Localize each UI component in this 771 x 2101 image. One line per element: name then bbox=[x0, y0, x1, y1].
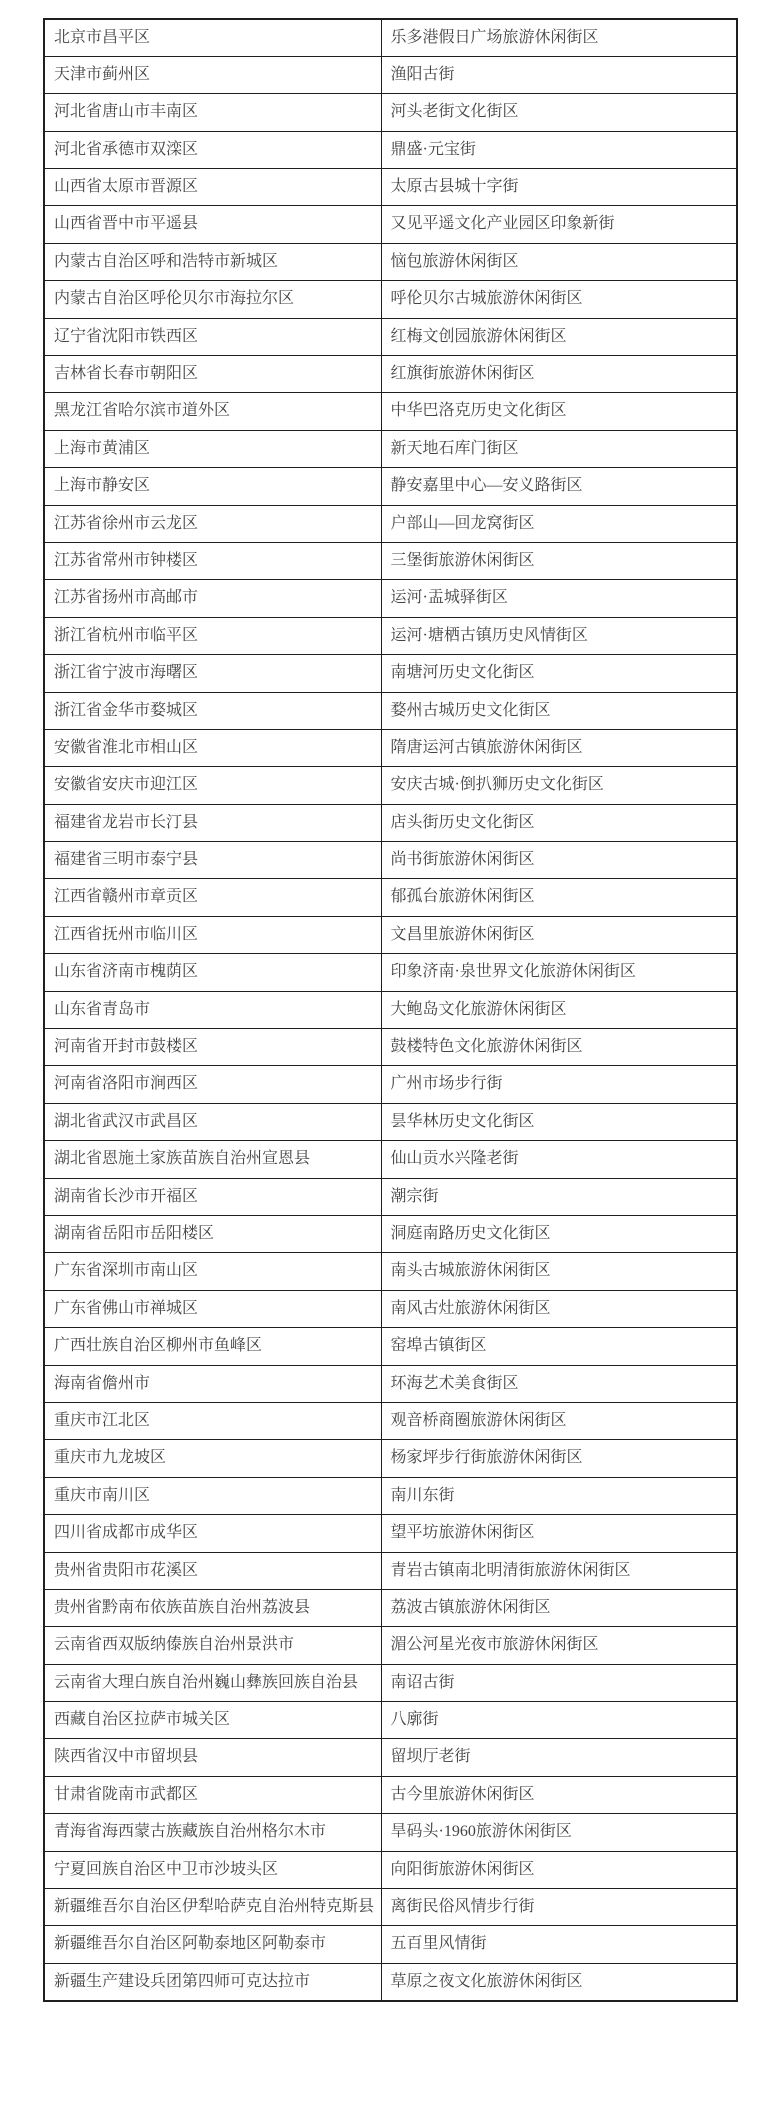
table-row: 四川省成都市成华区望平坊旅游休闲街区 bbox=[44, 1515, 737, 1552]
region-cell: 广东省佛山市禅城区 bbox=[44, 1290, 381, 1327]
region-cell: 江西省抚州市临川区 bbox=[44, 916, 381, 953]
table-row: 河北省唐山市丰南区河头老街文化街区 bbox=[44, 94, 737, 131]
region-cell: 湖北省武汉市武昌区 bbox=[44, 1103, 381, 1140]
street-cell: 婺州古城历史文化街区 bbox=[381, 692, 737, 729]
street-cell: 中华巴洛克历史文化街区 bbox=[381, 393, 737, 430]
street-cell: 窑埠古镇街区 bbox=[381, 1328, 737, 1365]
table-row: 湖南省岳阳市岳阳楼区洞庭南路历史文化街区 bbox=[44, 1216, 737, 1253]
region-cell: 重庆市江北区 bbox=[44, 1402, 381, 1439]
street-cell: 古今里旅游休闲街区 bbox=[381, 1776, 737, 1813]
street-cell: 新天地石库门街区 bbox=[381, 430, 737, 467]
region-cell: 新疆维吾尔自治区阿勒泰地区阿勒泰市 bbox=[44, 1926, 381, 1963]
region-cell: 陕西省汉中市留坝县 bbox=[44, 1739, 381, 1776]
region-cell: 河南省开封市鼓楼区 bbox=[44, 1029, 381, 1066]
region-cell: 内蒙古自治区呼伦贝尔市海拉尔区 bbox=[44, 281, 381, 318]
region-cell: 安徽省安庆市迎江区 bbox=[44, 767, 381, 804]
region-cell: 四川省成都市成华区 bbox=[44, 1515, 381, 1552]
region-cell: 江苏省徐州市云龙区 bbox=[44, 505, 381, 542]
street-cell: 广州市场步行街 bbox=[381, 1066, 737, 1103]
table-row: 内蒙古自治区呼和浩特市新城区恼包旅游休闲街区 bbox=[44, 243, 737, 280]
table-row: 浙江省宁波市海曙区南塘河历史文化街区 bbox=[44, 655, 737, 692]
street-cell: 文昌里旅游休闲街区 bbox=[381, 916, 737, 953]
table-row: 新疆维吾尔自治区伊犁哈萨克自治州特克斯县离街民俗风情步行街 bbox=[44, 1889, 737, 1926]
table-row: 内蒙古自治区呼伦贝尔市海拉尔区呼伦贝尔古城旅游休闲街区 bbox=[44, 281, 737, 318]
table-row: 陕西省汉中市留坝县留坝厅老街 bbox=[44, 1739, 737, 1776]
street-cell: 观音桥商圈旅游休闲街区 bbox=[381, 1402, 737, 1439]
street-cell: 向阳街旅游休闲街区 bbox=[381, 1851, 737, 1888]
table-row: 重庆市九龙坡区杨家坪步行街旅游休闲街区 bbox=[44, 1440, 737, 1477]
region-cell: 上海市黄浦区 bbox=[44, 430, 381, 467]
street-cell: 鼎盛·元宝街 bbox=[381, 131, 737, 168]
street-cell: 离街民俗风情步行街 bbox=[381, 1889, 737, 1926]
table-row: 江苏省扬州市高邮市运河·盂城驿街区 bbox=[44, 580, 737, 617]
street-cell: 南塘河历史文化街区 bbox=[381, 655, 737, 692]
street-cell: 隋唐运河古镇旅游休闲街区 bbox=[381, 729, 737, 766]
street-cell: 红旗街旅游休闲街区 bbox=[381, 356, 737, 393]
table-row: 湖北省武汉市武昌区昙华林历史文化街区 bbox=[44, 1103, 737, 1140]
street-cell: 南风古灶旅游休闲街区 bbox=[381, 1290, 737, 1327]
table-row: 河北省承德市双滦区鼎盛·元宝街 bbox=[44, 131, 737, 168]
region-cell: 云南省大理白族自治州巍山彝族回族自治县 bbox=[44, 1664, 381, 1701]
region-cell: 广西壮族自治区柳州市鱼峰区 bbox=[44, 1328, 381, 1365]
street-cell: 河头老街文化街区 bbox=[381, 94, 737, 131]
region-cell: 上海市静安区 bbox=[44, 468, 381, 505]
region-cell: 河北省承德市双滦区 bbox=[44, 131, 381, 168]
region-cell: 云南省西双版纳傣族自治州景洪市 bbox=[44, 1627, 381, 1664]
table-row: 上海市静安区静安嘉里中心—安义路街区 bbox=[44, 468, 737, 505]
region-cell: 湖北省恩施土家族苗族自治州宣恩县 bbox=[44, 1141, 381, 1178]
region-cell: 湖南省岳阳市岳阳楼区 bbox=[44, 1216, 381, 1253]
table-row: 江苏省常州市钟楼区三堡街旅游休闲街区 bbox=[44, 542, 737, 579]
table-row: 山西省晋中市平遥县又见平遥文化产业园区印象新街 bbox=[44, 206, 737, 243]
table-row: 安徽省安庆市迎江区安庆古城·倒扒狮历史文化街区 bbox=[44, 767, 737, 804]
table-row: 安徽省淮北市相山区隋唐运河古镇旅游休闲街区 bbox=[44, 729, 737, 766]
table-row: 云南省西双版纳傣族自治州景洪市湄公河星光夜市旅游休闲街区 bbox=[44, 1627, 737, 1664]
region-cell: 广东省深圳市南山区 bbox=[44, 1253, 381, 1290]
region-cell: 青海省海西蒙古族藏族自治州格尔木市 bbox=[44, 1814, 381, 1851]
street-cell: 南川东街 bbox=[381, 1477, 737, 1514]
region-cell: 河北省唐山市丰南区 bbox=[44, 94, 381, 131]
table-row: 甘肃省陇南市武都区古今里旅游休闲街区 bbox=[44, 1776, 737, 1813]
street-cell: 望平坊旅游休闲街区 bbox=[381, 1515, 737, 1552]
region-cell: 内蒙古自治区呼和浩特市新城区 bbox=[44, 243, 381, 280]
region-cell: 浙江省宁波市海曙区 bbox=[44, 655, 381, 692]
street-cell: 户部山—回龙窝街区 bbox=[381, 505, 737, 542]
region-cell: 山东省济南市槐荫区 bbox=[44, 954, 381, 991]
region-cell: 山东省青岛市 bbox=[44, 991, 381, 1028]
region-cell: 江苏省常州市钟楼区 bbox=[44, 542, 381, 579]
table-row: 贵州省黔南布依族苗族自治州荔波县荔波古镇旅游休闲街区 bbox=[44, 1589, 737, 1626]
region-cell: 江西省赣州市章贡区 bbox=[44, 879, 381, 916]
region-cell: 西藏自治区拉萨市城关区 bbox=[44, 1702, 381, 1739]
street-cell: 印象济南·泉世界文化旅游休闲街区 bbox=[381, 954, 737, 991]
region-cell: 黑龙江省哈尔滨市道外区 bbox=[44, 393, 381, 430]
street-cell: 红梅文创园旅游休闲街区 bbox=[381, 318, 737, 355]
street-cell: 安庆古城·倒扒狮历史文化街区 bbox=[381, 767, 737, 804]
street-cell: 仙山贡水兴隆老街 bbox=[381, 1141, 737, 1178]
table-row: 江西省赣州市章贡区郁孤台旅游休闲街区 bbox=[44, 879, 737, 916]
region-cell: 吉林省长春市朝阳区 bbox=[44, 356, 381, 393]
region-cell: 福建省三明市泰宁县 bbox=[44, 842, 381, 879]
street-cell: 鼓楼特色文化旅游休闲街区 bbox=[381, 1029, 737, 1066]
table-row: 广东省深圳市南山区南头古城旅游休闲街区 bbox=[44, 1253, 737, 1290]
street-cell: 三堡街旅游休闲街区 bbox=[381, 542, 737, 579]
street-cell: 运河·塘栖古镇历史风情街区 bbox=[381, 617, 737, 654]
region-cell: 天津市蓟州区 bbox=[44, 56, 381, 93]
street-cell: 洞庭南路历史文化街区 bbox=[381, 1216, 737, 1253]
street-cell: 荔波古镇旅游休闲街区 bbox=[381, 1589, 737, 1626]
region-cell: 河南省洛阳市涧西区 bbox=[44, 1066, 381, 1103]
table-row: 浙江省杭州市临平区运河·塘栖古镇历史风情街区 bbox=[44, 617, 737, 654]
table-row: 黑龙江省哈尔滨市道外区中华巴洛克历史文化街区 bbox=[44, 393, 737, 430]
region-cell: 山西省太原市晋源区 bbox=[44, 169, 381, 206]
region-cell: 新疆生产建设兵团第四师可克达拉市 bbox=[44, 1963, 381, 2000]
table-row: 山西省太原市晋源区太原古县城十字街 bbox=[44, 169, 737, 206]
table-row: 辽宁省沈阳市铁西区红梅文创园旅游休闲街区 bbox=[44, 318, 737, 355]
street-cell: 尚书街旅游休闲街区 bbox=[381, 842, 737, 879]
street-cell: 环海艺术美食街区 bbox=[381, 1365, 737, 1402]
table-row: 西藏自治区拉萨市城关区八廓街 bbox=[44, 1702, 737, 1739]
region-cell: 贵州省贵阳市花溪区 bbox=[44, 1552, 381, 1589]
region-cell: 重庆市南川区 bbox=[44, 1477, 381, 1514]
table-row: 江苏省徐州市云龙区户部山—回龙窝街区 bbox=[44, 505, 737, 542]
table-row: 云南省大理白族自治州巍山彝族回族自治县南诏古街 bbox=[44, 1664, 737, 1701]
region-cell: 贵州省黔南布依族苗族自治州荔波县 bbox=[44, 1589, 381, 1626]
street-cell: 旱码头·1960旅游休闲街区 bbox=[381, 1814, 737, 1851]
street-cell: 杨家坪步行街旅游休闲街区 bbox=[381, 1440, 737, 1477]
street-cell: 南诏古街 bbox=[381, 1664, 737, 1701]
street-cell: 郁孤台旅游休闲街区 bbox=[381, 879, 737, 916]
table-row: 江西省抚州市临川区文昌里旅游休闲街区 bbox=[44, 916, 737, 953]
street-cell: 渔阳古街 bbox=[381, 56, 737, 93]
region-cell: 宁夏回族自治区中卫市沙坡头区 bbox=[44, 1851, 381, 1888]
street-cell: 店头街历史文化街区 bbox=[381, 804, 737, 841]
table-row: 宁夏回族自治区中卫市沙坡头区向阳街旅游休闲街区 bbox=[44, 1851, 737, 1888]
tourism-streets-table: 北京市昌平区乐多港假日广场旅游休闲街区天津市蓟州区渔阳古街河北省唐山市丰南区河头… bbox=[43, 18, 738, 2002]
street-cell: 又见平遥文化产业园区印象新街 bbox=[381, 206, 737, 243]
street-cell: 乐多港假日广场旅游休闲街区 bbox=[381, 19, 737, 56]
street-cell: 青岩古镇南北明清街旅游休闲街区 bbox=[381, 1552, 737, 1589]
street-cell: 草原之夜文化旅游休闲街区 bbox=[381, 1963, 737, 2000]
region-cell: 湖南省长沙市开福区 bbox=[44, 1178, 381, 1215]
street-cell: 南头古城旅游休闲街区 bbox=[381, 1253, 737, 1290]
region-cell: 北京市昌平区 bbox=[44, 19, 381, 56]
street-cell: 恼包旅游休闲街区 bbox=[381, 243, 737, 280]
region-cell: 海南省儋州市 bbox=[44, 1365, 381, 1402]
region-cell: 重庆市九龙坡区 bbox=[44, 1440, 381, 1477]
table-row: 新疆生产建设兵团第四师可克达拉市草原之夜文化旅游休闲街区 bbox=[44, 1963, 737, 2000]
table-row: 河南省开封市鼓楼区鼓楼特色文化旅游休闲街区 bbox=[44, 1029, 737, 1066]
street-cell: 八廓街 bbox=[381, 1702, 737, 1739]
table-row: 重庆市南川区南川东街 bbox=[44, 1477, 737, 1514]
document-body: 北京市昌平区乐多港假日广场旅游休闲街区天津市蓟州区渔阳古街河北省唐山市丰南区河头… bbox=[43, 18, 738, 2002]
region-cell: 福建省龙岩市长汀县 bbox=[44, 804, 381, 841]
tourism-streets-table-body: 北京市昌平区乐多港假日广场旅游休闲街区天津市蓟州区渔阳古街河北省唐山市丰南区河头… bbox=[44, 19, 737, 2001]
table-row: 青海省海西蒙古族藏族自治州格尔木市旱码头·1960旅游休闲街区 bbox=[44, 1814, 737, 1851]
table-row: 湖南省长沙市开福区潮宗街 bbox=[44, 1178, 737, 1215]
table-row: 北京市昌平区乐多港假日广场旅游休闲街区 bbox=[44, 19, 737, 56]
region-cell: 辽宁省沈阳市铁西区 bbox=[44, 318, 381, 355]
region-cell: 江苏省扬州市高邮市 bbox=[44, 580, 381, 617]
table-row: 福建省三明市泰宁县尚书街旅游休闲街区 bbox=[44, 842, 737, 879]
table-row: 山东省青岛市大鲍岛文化旅游休闲街区 bbox=[44, 991, 737, 1028]
street-cell: 潮宗街 bbox=[381, 1178, 737, 1215]
street-cell: 运河·盂城驿街区 bbox=[381, 580, 737, 617]
region-cell: 甘肃省陇南市武都区 bbox=[44, 1776, 381, 1813]
table-row: 湖北省恩施土家族苗族自治州宣恩县仙山贡水兴隆老街 bbox=[44, 1141, 737, 1178]
table-row: 天津市蓟州区渔阳古街 bbox=[44, 56, 737, 93]
table-row: 广东省佛山市禅城区南风古灶旅游休闲街区 bbox=[44, 1290, 737, 1327]
street-cell: 五百里风情街 bbox=[381, 1926, 737, 1963]
table-row: 河南省洛阳市涧西区广州市场步行街 bbox=[44, 1066, 737, 1103]
table-row: 广西壮族自治区柳州市鱼峰区窑埠古镇街区 bbox=[44, 1328, 737, 1365]
table-row: 上海市黄浦区新天地石库门街区 bbox=[44, 430, 737, 467]
street-cell: 呼伦贝尔古城旅游休闲街区 bbox=[381, 281, 737, 318]
street-cell: 静安嘉里中心—安义路街区 bbox=[381, 468, 737, 505]
region-cell: 新疆维吾尔自治区伊犁哈萨克自治州特克斯县 bbox=[44, 1889, 381, 1926]
table-row: 浙江省金华市婺城区婺州古城历史文化街区 bbox=[44, 692, 737, 729]
table-row: 重庆市江北区观音桥商圈旅游休闲街区 bbox=[44, 1402, 737, 1439]
street-cell: 太原古县城十字街 bbox=[381, 169, 737, 206]
street-cell: 大鲍岛文化旅游休闲街区 bbox=[381, 991, 737, 1028]
table-row: 福建省龙岩市长汀县店头街历史文化街区 bbox=[44, 804, 737, 841]
table-row: 吉林省长春市朝阳区红旗街旅游休闲街区 bbox=[44, 356, 737, 393]
region-cell: 浙江省杭州市临平区 bbox=[44, 617, 381, 654]
table-row: 海南省儋州市环海艺术美食街区 bbox=[44, 1365, 737, 1402]
table-row: 新疆维吾尔自治区阿勒泰地区阿勒泰市五百里风情街 bbox=[44, 1926, 737, 1963]
table-row: 贵州省贵阳市花溪区青岩古镇南北明清街旅游休闲街区 bbox=[44, 1552, 737, 1589]
street-cell: 湄公河星光夜市旅游休闲街区 bbox=[381, 1627, 737, 1664]
region-cell: 山西省晋中市平遥县 bbox=[44, 206, 381, 243]
table-row: 山东省济南市槐荫区印象济南·泉世界文化旅游休闲街区 bbox=[44, 954, 737, 991]
region-cell: 浙江省金华市婺城区 bbox=[44, 692, 381, 729]
street-cell: 昙华林历史文化街区 bbox=[381, 1103, 737, 1140]
region-cell: 安徽省淮北市相山区 bbox=[44, 729, 381, 766]
street-cell: 留坝厅老街 bbox=[381, 1739, 737, 1776]
